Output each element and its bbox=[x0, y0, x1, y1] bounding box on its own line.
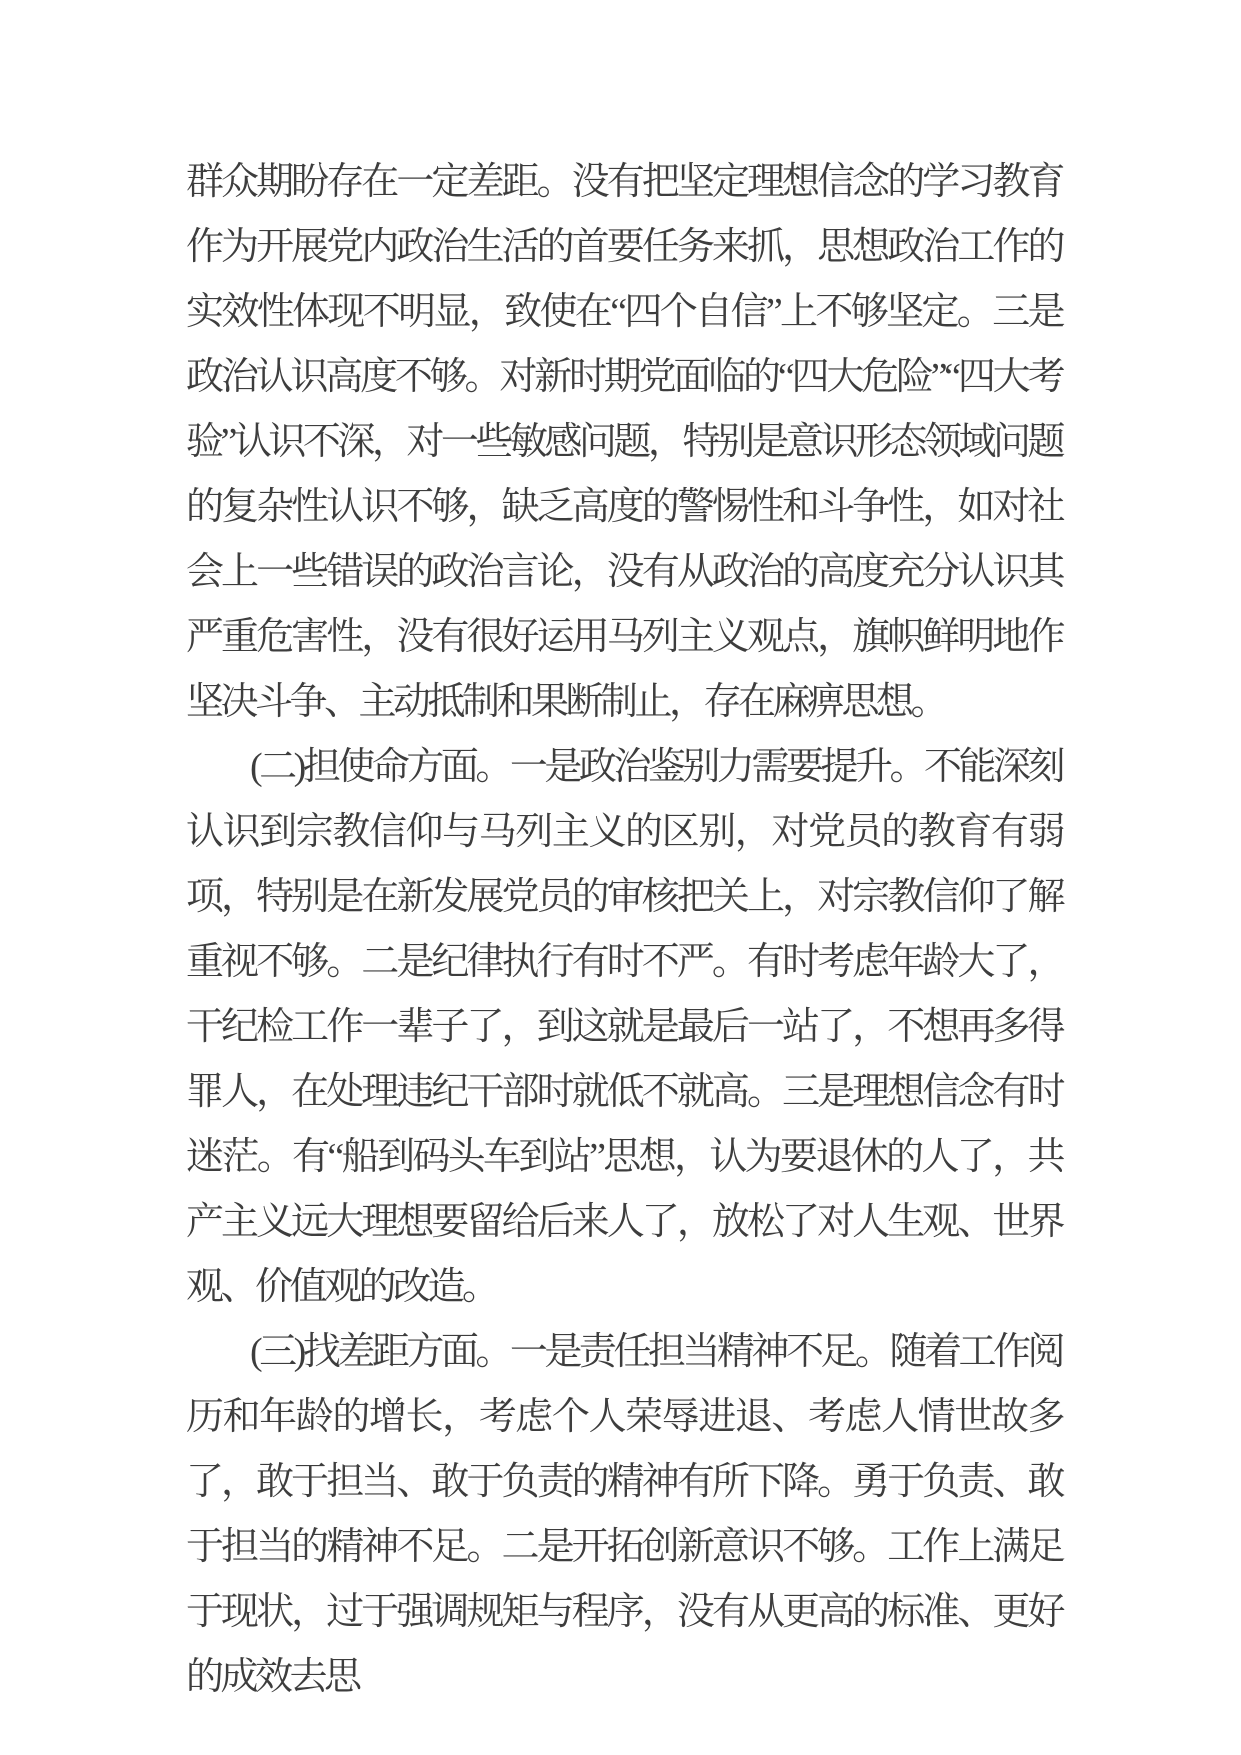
paragraph-section-3: (三)找差距方面。一是责任担当精神不足。随着工作阅历和年龄的增长，考虑个人荣辱进… bbox=[186, 1320, 1062, 1710]
document-text-block: 群众期盼存在一定差距。没有把坚定理想信念的学习教育作为开展党内政治生活的首要任务… bbox=[186, 150, 1062, 1710]
paragraph-continuation: 群众期盼存在一定差距。没有把坚定理想信念的学习教育作为开展党内政治生活的首要任务… bbox=[186, 150, 1062, 735]
paragraph-section-2: (二)担使命方面。一是政治鉴别力需要提升。不能深刻认识到宗教信仰与马列主义的区别… bbox=[186, 735, 1062, 1320]
document-page: 群众期盼存在一定差距。没有把坚定理想信念的学习教育作为开展党内政治生活的首要任务… bbox=[0, 0, 1241, 1755]
